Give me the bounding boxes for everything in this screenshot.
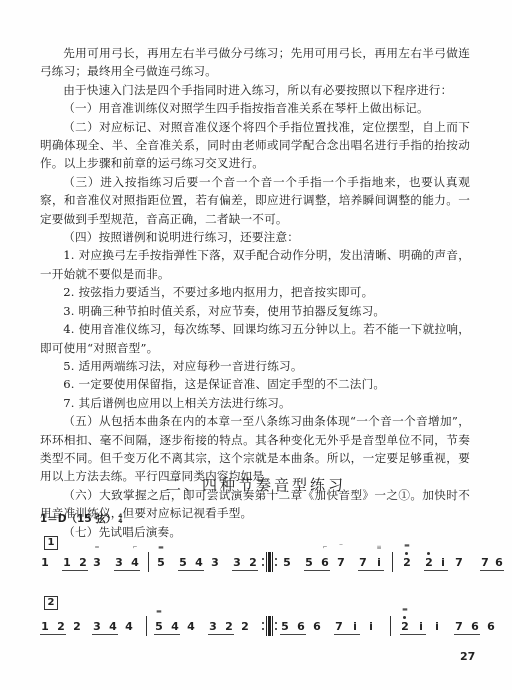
note: 5 bbox=[178, 556, 188, 569]
note: i bbox=[416, 620, 426, 633]
note-digit: 4 bbox=[131, 556, 139, 569]
note: 2 bbox=[56, 620, 66, 633]
repeat-line bbox=[268, 552, 271, 572]
note: 6 bbox=[296, 620, 306, 633]
note-digit: i bbox=[377, 556, 381, 569]
note: 4 bbox=[108, 620, 118, 633]
exercise-number-2: 2 bbox=[44, 596, 58, 610]
repeat-dot bbox=[262, 628, 264, 630]
note-digit: 2 bbox=[403, 556, 411, 569]
repeat-line bbox=[266, 552, 267, 572]
repeat-line bbox=[272, 552, 273, 572]
note: 2 bbox=[72, 620, 82, 633]
paragraph: 4. 使用音准仪练习，每次练琴、回课均练习五分钟以上。若不能一下就拉响，即可使用… bbox=[40, 320, 470, 357]
note: 7 bbox=[454, 620, 464, 633]
note: 3 bbox=[114, 556, 124, 569]
note: 6 bbox=[470, 620, 480, 633]
note: 4 bbox=[194, 556, 204, 569]
underline bbox=[92, 634, 118, 635]
note: 5▬ bbox=[154, 620, 164, 633]
paragraph: 先用可用弓长，再用左右半弓做分弓练习；先用可用弓长，再用左右半弓做连弓练习；最终… bbox=[40, 44, 470, 81]
note: 2▬ bbox=[402, 556, 412, 569]
note: 1 bbox=[40, 620, 50, 633]
note: 7 bbox=[334, 620, 344, 633]
note: 2 bbox=[240, 620, 250, 633]
paragraph: 5. 适用两端练习法，对应每秒一音进行练习。 bbox=[40, 357, 470, 375]
paragraph: 由于快速入门法是四个手指同时进入练习，所以有必要按照以下程序进行： bbox=[40, 81, 470, 99]
note: 1 bbox=[40, 556, 50, 569]
time-signature: 44 bbox=[118, 514, 122, 524]
underline bbox=[424, 570, 448, 571]
fingering-mark: ⌐ bbox=[320, 545, 330, 551]
key-signature: 1＝D（15 弦）44 bbox=[40, 511, 122, 526]
time-bottom: 4 bbox=[118, 518, 122, 525]
paragraph: （一）用音准训练仪对照学生四手指按指音准关系在琴杆上做出标记。 bbox=[40, 99, 470, 117]
underline bbox=[40, 634, 66, 635]
repeat-dot bbox=[262, 564, 264, 566]
underline bbox=[114, 570, 140, 571]
bar-line bbox=[390, 616, 391, 636]
fingering-mark: = bbox=[92, 545, 102, 551]
note: i≡ bbox=[374, 556, 384, 569]
note: 3 bbox=[92, 620, 102, 633]
note-digit: 3 bbox=[93, 556, 101, 569]
repeat-dot bbox=[275, 558, 277, 560]
note: 5 bbox=[304, 556, 314, 569]
paragraph: （四）按照谱例和说明进行练习，还要注意： bbox=[40, 228, 470, 246]
fingering-mark: ▬ bbox=[156, 545, 166, 551]
note-digit: 2 bbox=[425, 556, 433, 569]
note-digit: 2 bbox=[401, 620, 409, 633]
fingering-mark: ▬ bbox=[400, 607, 410, 613]
note: 2 bbox=[424, 556, 434, 569]
bar-line bbox=[392, 552, 393, 572]
underline bbox=[208, 634, 234, 635]
paragraph: 7. 其后谱例也应用以上相关方法进行练习。 bbox=[40, 394, 470, 412]
repeat-dot bbox=[275, 564, 277, 566]
note: 7 bbox=[454, 556, 464, 569]
underline bbox=[232, 570, 258, 571]
underline bbox=[62, 570, 88, 571]
fingering-mark: ▬ bbox=[402, 543, 412, 549]
note: 4 bbox=[170, 620, 180, 633]
repeat-dot bbox=[275, 628, 277, 630]
notation-line-2: 1 2 2 3 4 4 5▬ 4 4 3 2 2 5 6 6 7 i i bbox=[40, 612, 480, 642]
note: 3 bbox=[208, 620, 218, 633]
note: 6 bbox=[312, 620, 322, 633]
note: i bbox=[366, 620, 376, 633]
repeat-line bbox=[266, 616, 267, 636]
note: i bbox=[438, 556, 448, 569]
note: 6 bbox=[486, 620, 496, 633]
paragraph: 2. 按弦指力要适当，不要过多地内抠用力，把音按实即可。 bbox=[40, 283, 470, 301]
note-digit: 5 bbox=[155, 620, 163, 633]
note: 4⌐ bbox=[130, 556, 140, 569]
fingering-mark: ▬ bbox=[154, 609, 164, 615]
repeat-dot bbox=[262, 622, 264, 624]
paragraph: 6. 一定要使用保留指，这是保证音准、固定手型的不二法门。 bbox=[40, 375, 470, 393]
note: 7 bbox=[480, 556, 490, 569]
notation-line-1: 1 1 2 3= 3 4⌐ 5▬ 5 4 3 3 2 5 5 6⌐ 7‾ 7 i… bbox=[40, 548, 480, 578]
underline bbox=[280, 634, 306, 635]
note-digit: 5 bbox=[157, 556, 165, 569]
body-text: 先用可用弓长，再用左右半弓做分弓练习；先用可用弓长，再用左右半弓做连弓练习；最终… bbox=[40, 44, 470, 541]
underline bbox=[304, 570, 330, 571]
underline bbox=[334, 634, 360, 635]
repeat-sign bbox=[262, 552, 278, 572]
note: 2 bbox=[78, 556, 88, 569]
paragraph: （三）进入按指练习后要一个音一个音一个手指一个手指地来，也要认真观察，和音准仪对… bbox=[40, 173, 470, 228]
note: 4 bbox=[124, 620, 134, 633]
note: 2 bbox=[224, 620, 234, 633]
note: 3 bbox=[210, 556, 220, 569]
underline bbox=[454, 634, 480, 635]
note: 6 bbox=[494, 556, 504, 569]
note: 5 bbox=[280, 620, 290, 633]
paragraph: 3. 明确三种节拍时值关系，对应节奏，使用节拍器反复练习。 bbox=[40, 302, 470, 320]
repeat-line bbox=[268, 616, 271, 636]
note: 7‾ bbox=[336, 556, 346, 569]
repeat-line bbox=[272, 616, 273, 636]
note: 5▬ bbox=[156, 556, 166, 569]
note-digit: 7 bbox=[337, 556, 345, 569]
note: i bbox=[432, 620, 442, 633]
high-octave-dot bbox=[403, 616, 406, 619]
page-number: 27 bbox=[460, 650, 475, 663]
note: 7 bbox=[358, 556, 368, 569]
fingering-mark: ⌐ bbox=[130, 545, 140, 551]
underline bbox=[154, 634, 180, 635]
paragraph: 1. 对应换弓左手按指弹性下落，双手配合动作分明，发出清晰、明确的声音，一开始就… bbox=[40, 246, 470, 283]
fingering-mark: ≡ bbox=[374, 545, 384, 551]
note: 2 bbox=[248, 556, 258, 569]
note: 4 bbox=[186, 620, 196, 633]
underline bbox=[358, 570, 384, 571]
note: 6⌐ bbox=[320, 556, 330, 569]
fingering-mark: ‾ bbox=[336, 545, 346, 551]
repeat-dot bbox=[262, 558, 264, 560]
underline bbox=[178, 570, 204, 571]
underline bbox=[480, 570, 504, 571]
underline bbox=[400, 634, 426, 635]
repeat-sign bbox=[262, 616, 278, 636]
note: 3 bbox=[232, 556, 242, 569]
paragraph: （二）对应标记、对照音准仪逐个将四个手指位置找准，定位摆型，自上而下明确体现全、… bbox=[40, 118, 470, 173]
high-octave-dot bbox=[405, 552, 408, 555]
section-title: 二、四种节奏音型练习 bbox=[0, 474, 512, 495]
key-text: 1＝D（15 弦） bbox=[40, 513, 116, 525]
note: 5 bbox=[282, 556, 292, 569]
note: 1 bbox=[62, 556, 72, 569]
book-page: 先用可用弓长，再用左右半弓做分弓练习；先用可用弓长，再用左右半弓做连弓练习；最终… bbox=[0, 0, 512, 690]
bar-line bbox=[146, 616, 147, 636]
high-octave-dot bbox=[427, 552, 430, 555]
repeat-dot bbox=[275, 622, 277, 624]
note: 3= bbox=[92, 556, 102, 569]
note-digit: 6 bbox=[321, 556, 329, 569]
bar-line bbox=[148, 552, 149, 572]
note: 2▬ bbox=[400, 620, 410, 633]
note: i bbox=[350, 620, 360, 633]
